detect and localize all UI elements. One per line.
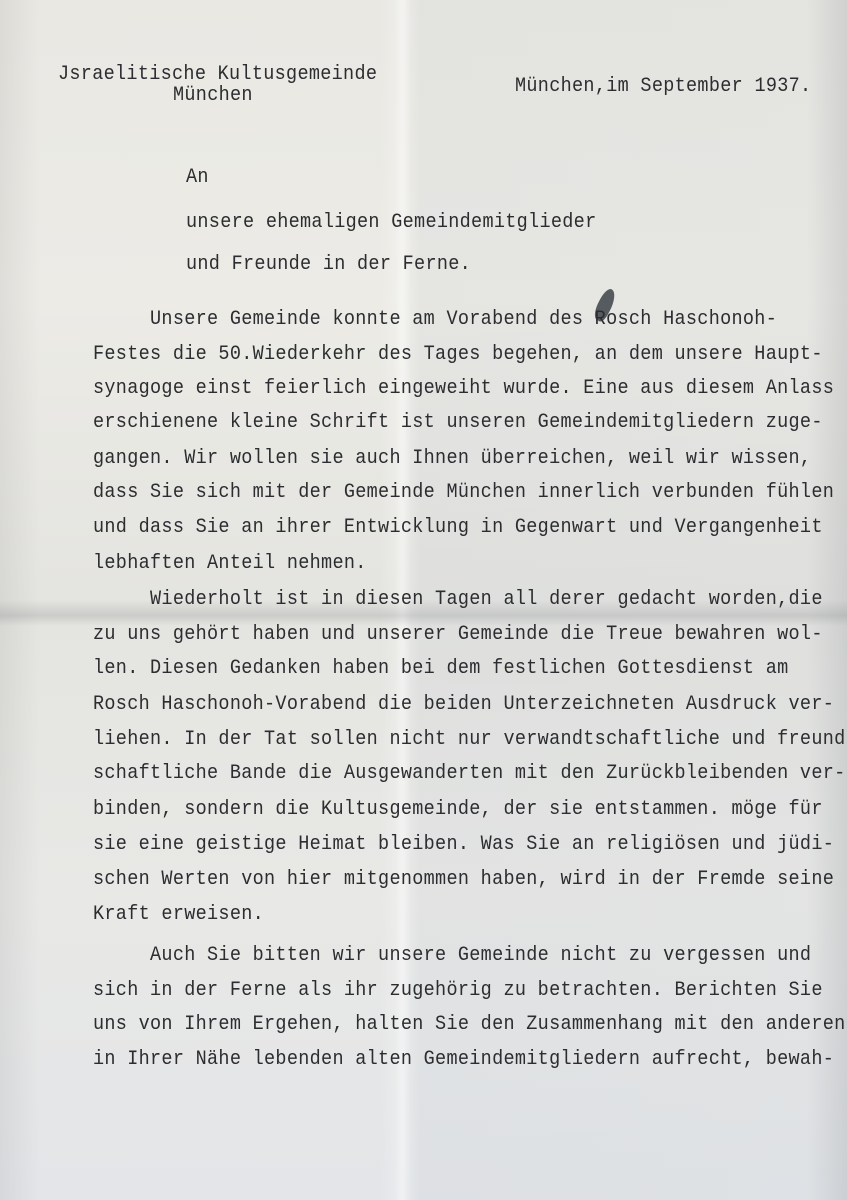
letter-page: Jsraelitische Kultusgemeinde München Mün… (0, 0, 847, 1200)
body-line: schen Werten von hier mitgenommen haben,… (93, 867, 834, 891)
body-line: zu uns gehört haben und unserer Gemeinde… (93, 622, 823, 646)
body-line: gangen. Wir wollen sie auch Ihnen überre… (93, 446, 811, 470)
body-line: lebhaften Anteil nehmen. (93, 551, 367, 575)
body-line: liehen. In der Tat sollen nicht nur verw… (93, 727, 847, 751)
body-line: Wiederholt ist in diesen Tagen all derer… (93, 587, 823, 611)
body-line: Rosch Haschonoh-Vorabend die beiden Unte… (93, 692, 834, 716)
body-line: sie eine geistige Heimat bleiben. Was Si… (93, 832, 834, 856)
body-line: Auch Sie bitten wir unsere Gemeinde nich… (93, 943, 811, 967)
body-line: und dass Sie an ihrer Entwicklung in Geg… (93, 515, 823, 539)
addressee-salutation: An (186, 165, 209, 189)
body-line: Unsere Gemeinde konnte am Vorabend des R… (93, 307, 777, 331)
body-line: Festes die 50.Wiederkehr des Tages begeh… (93, 342, 823, 366)
body-line: uns von Ihrem Ergehen, halten Sie den Zu… (93, 1012, 846, 1036)
addressee-line-1: unsere ehemaligen Gemeindemitglieder (186, 210, 596, 234)
body-line: binden, sondern die Kultusgemeinde, der … (93, 797, 823, 821)
body-line: sich in der Ferne als ihr zugehörig zu b… (93, 978, 823, 1002)
body-line: Kraft erweisen. (93, 902, 264, 926)
body-line: synagoge einst feierlich eingeweiht wurd… (93, 376, 834, 400)
body-line: schaftliche Bande die Ausgewanderten mit… (93, 761, 846, 785)
body-line: erschienene kleine Schrift ist unseren G… (93, 410, 823, 434)
body-line: len. Diesen Gedanken haben bei dem festl… (93, 656, 789, 680)
addressee-line-2: und Freunde in der Ferne. (186, 252, 471, 276)
body-line: in Ihrer Nähe lebenden alten Gemeindemit… (93, 1047, 834, 1071)
letterhead-organization: Jsraelitische Kultusgemeinde (58, 62, 377, 86)
body-line: dass Sie sich mit der Gemeinde München i… (93, 480, 834, 504)
letterhead-city: München (173, 83, 253, 107)
letter-place-date: München,im September 1937. (515, 74, 811, 98)
